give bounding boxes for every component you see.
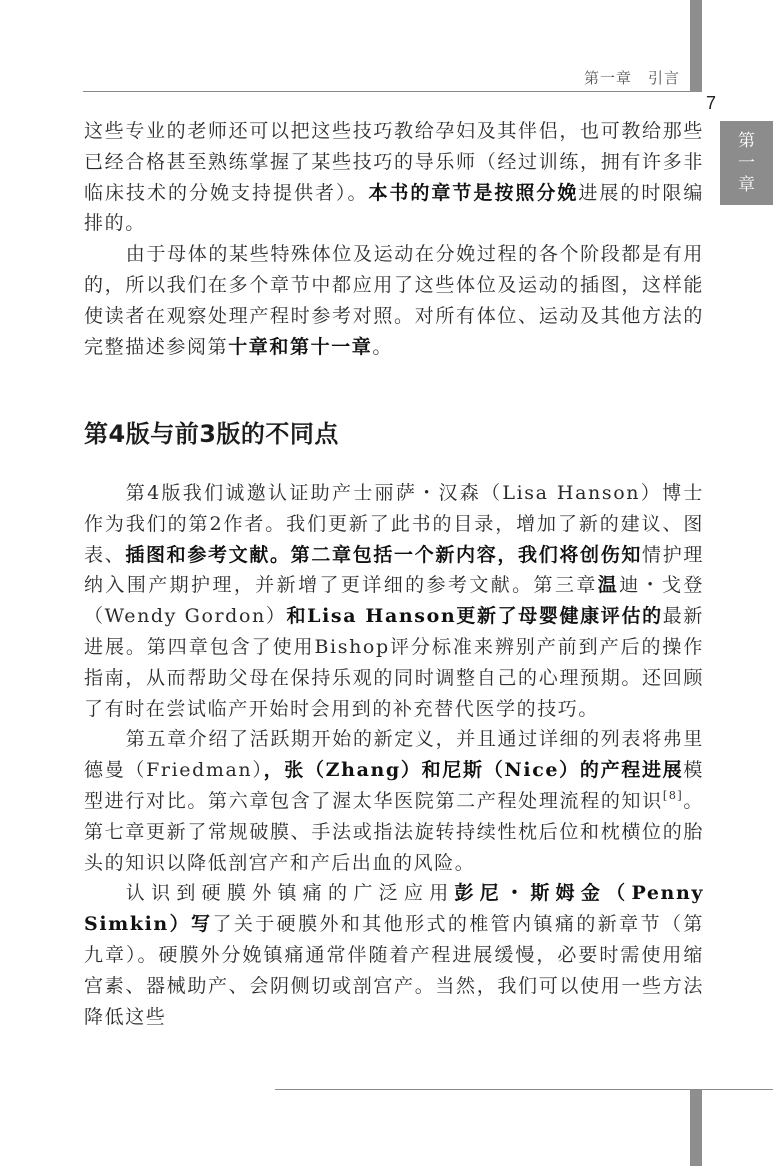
chapter-tab-char: 一 [738,152,755,174]
bold-text-run: 插图和参考文献。第二章包括一个新内容，我们将创伤知 [125,544,642,566]
page-number: 7 [706,93,716,114]
section-content: 第4版我们诚邀认证助产士丽萨・汉森（Lisa Hanson）博士作为我们的第2作… [84,478,704,1032]
paragraph: 这些专业的老师还可以把这些技巧教给孕妇及其伴侣，也可教给那些已经合格甚至熟练掌握… [84,116,704,239]
bold-text-run: 温 [598,574,619,596]
running-head: 第一章 引言 [540,67,680,88]
bottom-margin-bar [690,1090,702,1166]
bold-text-run: 和Lisa Hanson更新了母婴健康评估的 [287,605,663,627]
top-margin-bar [690,0,702,92]
paragraph: 第五章介绍了活跃期开始的新定义，并且通过详细的列表将弗里德曼（Friedman）… [84,724,704,878]
bold-text-run: ，张（Zhang）和尼斯（Nice）的产程进展 [264,759,684,781]
chapter-tab-char: 第 [738,130,755,152]
text-run: 。 [372,336,393,358]
chapter-thumb-tab: 第 一 章 [720,121,773,205]
section-heading: 第4版与前3版的不同点 [84,414,339,449]
text-run: 由于母体的某些特殊体位及运动在分娩过程的各个阶段都是有用的，所以我们在多个章节中… [84,243,704,357]
bold-text-run: 本书的章节是按照分娩 [368,182,578,204]
text-run: 认识到硬膜外镇痛的广泛应用 [126,882,455,904]
paragraph: 认识到硬膜外镇痛的广泛应用彭尼・斯姆金（Penny Simkin）写了关于硬膜外… [84,878,704,1032]
paragraph: 由于母体的某些特殊体位及运动在分娩过程的各个阶段都是有用的，所以我们在多个章节中… [84,239,704,362]
bold-text-run: 十章和第十一章 [228,336,372,358]
citation-marker: [8] [663,789,683,802]
intro-content: 这些专业的老师还可以把这些技巧教给孕妇及其伴侣，也可教给那些已经合格甚至熟练掌握… [84,116,704,362]
header-rule [83,91,690,92]
paragraph: 第4版我们诚邀认证助产士丽萨・汉森（Lisa Hanson）博士作为我们的第2作… [84,478,704,724]
chapter-tab-char: 章 [738,174,755,196]
